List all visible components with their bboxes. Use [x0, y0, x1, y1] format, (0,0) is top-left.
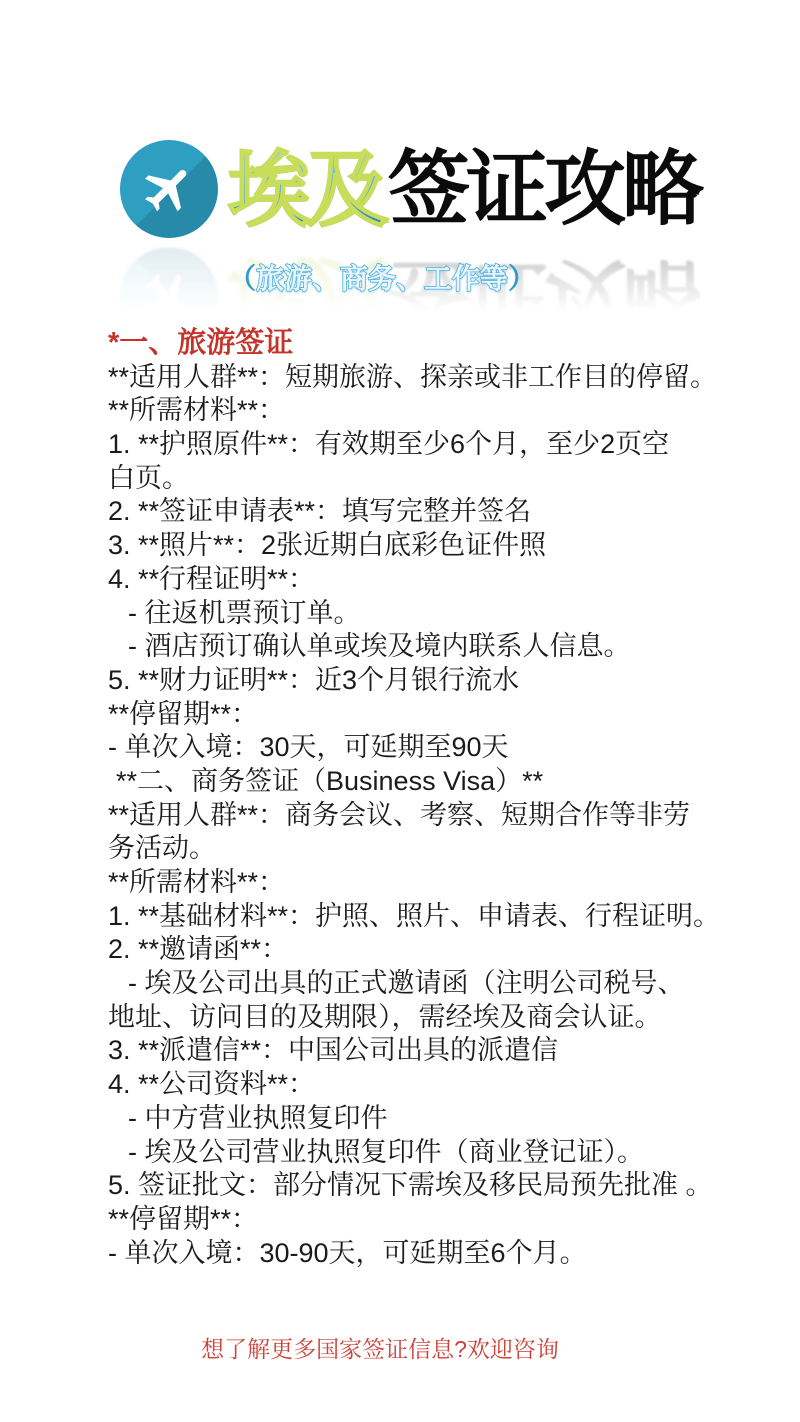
text-line: 务活动。: [108, 832, 788, 866]
page-title: 签证攻略: [388, 147, 700, 231]
text-line: - 埃及公司出具的正式邀请函（注明公司税号、: [108, 967, 788, 1001]
text-line: - 埃及公司营业执照复印件（商业登记证）。: [108, 1136, 788, 1170]
subtitle-open-paren: （: [228, 263, 256, 294]
text-line: - 单次入境：30天，可延期至90天: [108, 731, 788, 765]
subtitle: （旅游、商务、工作等）: [0, 257, 764, 297]
text-line: **适用人群**：短期旅游、探亲或非工作目的停留。: [108, 361, 788, 395]
text-line: **适用人群**：商务会议、考察、短期合作等非劳: [108, 799, 788, 833]
text-line: **停留期**：: [108, 1203, 788, 1237]
text-line: - 酒店预订确认单或埃及境内联系人信息。: [108, 630, 788, 664]
text-line: **所需材料**：: [108, 394, 788, 428]
text-line: 4. **行程证明**：: [108, 563, 788, 597]
airplane-icon: [120, 140, 218, 238]
text-line: **停留期**：: [108, 698, 788, 732]
text-line: - 中方营业执照复印件: [108, 1102, 788, 1136]
subtitle-text: 旅游、商务、工作等: [256, 263, 508, 294]
subtitle-close-paren: ）: [508, 263, 536, 294]
text-line: 白页。: [108, 462, 788, 496]
footer-note: 想了解更多国家签证信息?欢迎咨询: [0, 1331, 760, 1364]
section-heading-tourist: *一、旅游签证: [108, 327, 788, 361]
text-line: **所需材料**：: [108, 866, 788, 900]
text-line: 3. **派遣信**：中国公司出具的派遣信: [108, 1034, 788, 1068]
text-line: 1. **基础材料**：护照、照片、申请表、行程证明。: [108, 900, 788, 934]
text-line: 5. **财力证明**：近3个月银行流水: [108, 664, 788, 698]
text-line: 5. 签证批文：部分情况下需埃及移民局预先批准 。: [108, 1169, 788, 1203]
text-line: 地址、访问目的及期限），需经埃及商会认证。: [108, 1001, 788, 1035]
title-row: 埃及 签证攻略: [120, 140, 700, 238]
text-line: 2. **签证申请表**：填写完整并签名: [108, 495, 788, 529]
text-line: - 往返机票预订单。: [108, 597, 788, 631]
text-line: 1. **护照原件**：有效期至少6个月，至少2页空: [108, 428, 788, 462]
title-highlight: 埃及: [224, 146, 388, 232]
section-heading-business: **二、商务签证（Business Visa）**: [108, 765, 788, 799]
text-line: 2. **邀请函**：: [108, 933, 788, 967]
body-text: *一、旅游签证 **适用人群**：短期旅游、探亲或非工作目的停留。 **所需材料…: [108, 327, 788, 1270]
text-line: - 单次入境：30-90天，可延期至6个月。: [108, 1237, 788, 1271]
text-line: 3. **照片**：2张近期白底彩色证件照: [108, 529, 788, 563]
text-line: 4. **公司资料**：: [108, 1068, 788, 1102]
poster-page: 埃及 签证攻略 埃及 签证攻略 （旅游、商务、工作等） *一、旅游签证 **适用…: [0, 0, 800, 1422]
